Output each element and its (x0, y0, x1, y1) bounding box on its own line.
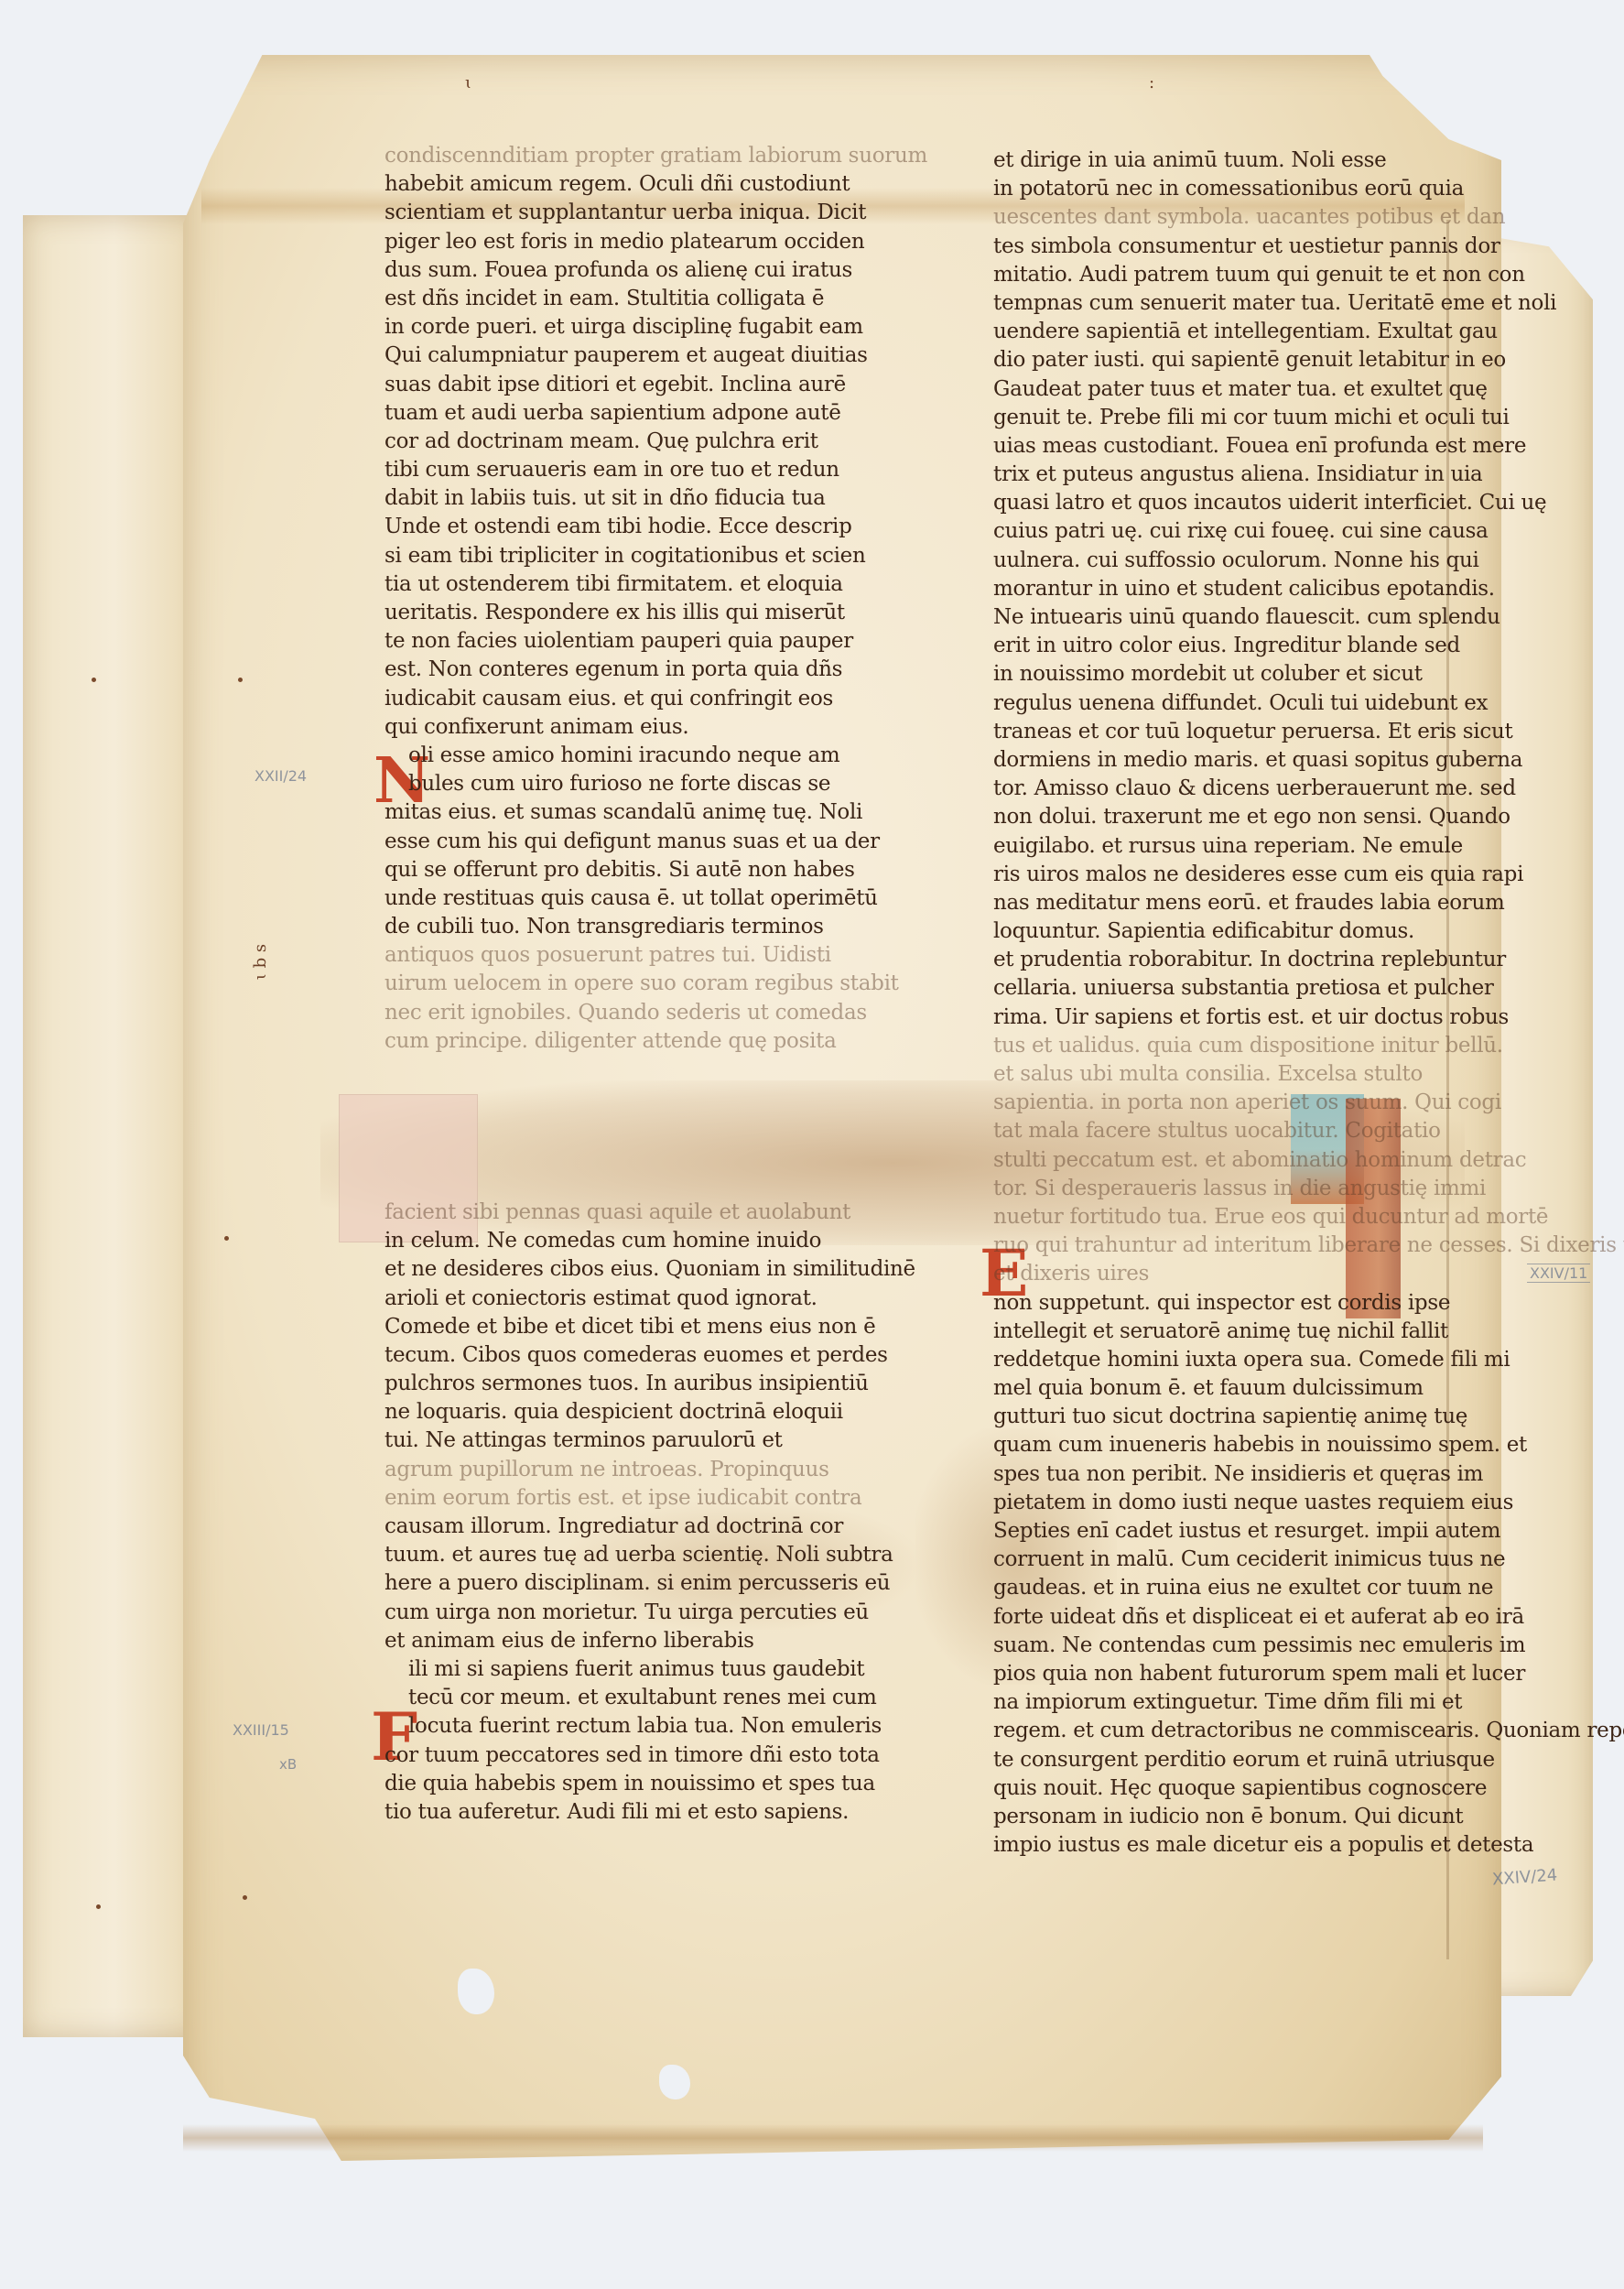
text-line: scientiam et supplantantur uerba iniqua.… (384, 199, 897, 227)
text-line: quis nouit. Hęc quoque sapientibus cogno… (993, 1774, 1543, 1803)
ink-speck (238, 678, 243, 682)
text-line: uias meas custodiant. Fouea enī profunda… (993, 432, 1543, 461)
text-line: forte uideat dñs et displiceat ei et auf… (993, 1603, 1543, 1632)
text-line: mel quia bonum ē. et fauum dulcissimum (993, 1374, 1543, 1403)
text-line: tempnas cum senuerit mater tua. Ueritatē… (993, 289, 1543, 318)
text-line: na impiorum extinguetur. Time dñm fili m… (993, 1688, 1543, 1717)
text-line: in potatorū nec in comessationibus eorū … (993, 175, 1543, 203)
text-line: dus sum. Fouea profunda os alienę cui ir… (384, 256, 897, 285)
text-line: cor ad doctrinam meam. Quę pulchra erit (384, 428, 897, 456)
text-line: tor. Si desperaueris lassus in die angus… (993, 1175, 1543, 1203)
text-line: pietatem in domo iusti neque uastes requ… (993, 1489, 1543, 1517)
margin-mark: ɩ (465, 73, 471, 92)
text-line: Qui calumpniatur pauperem et augeat diui… (384, 342, 897, 370)
text-line (384, 1084, 897, 1112)
pencil-foliation: XXIII/15 (233, 1721, 289, 1739)
text-line: regulus uenena diffundet. Oculi tui uide… (993, 689, 1543, 718)
text-line: tecū cor meum. et exultabunt renes mei c… (384, 1684, 897, 1712)
text-line: intellegit et seruatorē animę tuę nichil… (993, 1318, 1543, 1346)
text-line: habebit amicum regem. Oculi dñi custodiu… (384, 170, 897, 199)
text-line: uendere sapientiā et intellegentiam. Exu… (993, 318, 1543, 346)
ink-speck (96, 1904, 101, 1909)
text-line: nas meditatur mens eorū. et fraudes labi… (993, 889, 1543, 917)
text-line: causam illorum. Ingrediatur ad doctrinā … (384, 1513, 897, 1541)
text-column-left: condiscennditiam propter gratiam labioru… (384, 142, 897, 1827)
pencil-foliation: XXIV/11 (1527, 1264, 1590, 1283)
text-line: Comede et bibe et dicet tibi et mens eiu… (384, 1313, 897, 1341)
text-line: gaudeas. et in ruina eius ne exultet cor… (993, 1574, 1543, 1602)
text-column-right: et dirige in uia animū tuum. Noli essein… (993, 146, 1543, 1860)
text-line: gutturi tuo sicut doctrina sapientię ani… (993, 1403, 1543, 1431)
text-line: arioli et coniectoris estimat quod ignor… (384, 1285, 897, 1313)
pencil-note: xB (279, 1756, 297, 1773)
text-line: here a puero disciplinam. si enim percus… (384, 1569, 897, 1598)
pencil-foliation: XXII/24 (254, 767, 307, 785)
text-line: tat mala facere stultus uocabitur. Cogit… (993, 1117, 1543, 1145)
ink-speck (92, 678, 96, 682)
margin-mark: : (1149, 73, 1154, 92)
text-line: quasi latro et quos incautos uiderit int… (993, 489, 1543, 517)
text-line: et ne desideres cibos eius. Quoniam in s… (384, 1255, 897, 1284)
text-line: trix et puteus angustus aliena. Insidiat… (993, 461, 1543, 489)
text-line: enim eorum fortis est. et ipse iudicabit… (384, 1484, 897, 1513)
text-line: tui. Ne attingas terminos paruulorū et (384, 1427, 897, 1455)
text-line: tibi cum seruaueris eam in ore tuo et re… (384, 456, 897, 484)
text-line: personam in iudicio non ē bonum. Qui dic… (993, 1803, 1543, 1831)
text-line: locuta fuerint rectum labia tua. Non emu… (384, 1712, 897, 1741)
text-line: uescentes dant symbola. uacantes potibus… (993, 203, 1543, 232)
text-line: cor tuum peccatores sed in timore dñi es… (384, 1741, 897, 1770)
text-line: sapientia. in porta non aperiet os suum.… (993, 1089, 1543, 1117)
text-line: mitas eius. et sumas scandalū animę tuę.… (384, 798, 897, 827)
text-line: et dixeris uires (993, 1260, 1543, 1288)
text-line: in nouissimo mordebit ut coluber et sicu… (993, 660, 1543, 689)
text-line: suam. Ne contendas cum pessimis nec emul… (993, 1632, 1543, 1660)
text-line: in corde pueri. et uirga disciplinę fuga… (384, 313, 897, 342)
text-line: Gaudeat pater tuus et mater tua. et exul… (993, 375, 1543, 404)
manuscript-leaf: ɩ : ɩ b s N F E condiscennditiam propter… (0, 0, 1624, 2289)
text-line: qui confixerunt animam eius. (384, 713, 897, 742)
text-line: condiscennditiam propter gratiam labioru… (384, 142, 897, 170)
text-line: non suppetunt. qui inspector est cordis … (993, 1289, 1543, 1318)
text-line: est. Non conteres egenum in porta quia d… (384, 656, 897, 684)
text-line: regem. et cum detractoribus ne commiscea… (993, 1717, 1543, 1745)
text-line: cuius patri uę. cui rixę cui foueę. cui … (993, 517, 1543, 546)
parchment-hole (659, 2065, 690, 2099)
text-line: in celum. Ne comedas cum homine inuido (384, 1227, 897, 1255)
text-line: erit in uitro color eius. Ingreditur bla… (993, 632, 1543, 660)
text-line: antiquos quos posuerunt patres tui. Uidi… (384, 941, 897, 970)
text-line: die quia habebis spem in nouissimo et sp… (384, 1770, 897, 1798)
text-line: si eam tibi tripliciter in cogitationibu… (384, 542, 897, 570)
text-line: et animam eius de inferno liberabis (384, 1627, 897, 1655)
text-line: ne loquaris. quia despicient doctrinā el… (384, 1398, 897, 1427)
text-line: spes tua non peribit. Ne insidieris et q… (993, 1460, 1543, 1489)
text-line: et salus ubi multa consilia. Excelsa stu… (993, 1060, 1543, 1089)
left-folded-flap (23, 215, 206, 2037)
ink-speck (243, 1895, 247, 1900)
text-line: ruo qui trahuntur ad interitum liberare … (993, 1231, 1543, 1260)
text-line: tio tua auferetur. Audi fili mi et esto … (384, 1798, 897, 1827)
text-line: tia ut ostenderem tibi firmitatem. et el… (384, 570, 897, 599)
text-line: bules cum uiro furioso ne forte discas s… (384, 770, 897, 798)
text-line: uulnera. cui suffossio oculorum. Nonne h… (993, 547, 1543, 575)
text-line: genuit te. Prebe fili mi cor tuum michi … (993, 404, 1543, 432)
text-line: tuam et audi uerba sapientium adpone aut… (384, 399, 897, 428)
text-line: piger leo est foris in medio platearum o… (384, 228, 897, 256)
text-line: facient sibi pennas quasi aquile et auol… (384, 1199, 897, 1227)
text-line: oli esse amico homini iracundo neque am (384, 742, 897, 770)
text-line: uirum uelocem in opere suo coram regibus… (384, 970, 897, 998)
text-line: dabit in labiis tuis. ut sit in dño fidu… (384, 484, 897, 513)
text-line: cum uirga non morietur. Tu uirga percuti… (384, 1599, 897, 1627)
text-line: et dirige in uia animū tuum. Noli esse (993, 146, 1543, 175)
text-line: traneas et cor tuū loquetur peruersa. Et… (993, 718, 1543, 746)
text-line: tor. Amisso clauo & dicens uerberauerunt… (993, 775, 1543, 803)
text-line: quam cum inueneris habebis in nouissimo … (993, 1431, 1543, 1459)
text-line: Ne intuearis uinū quando flauescit. cum … (993, 603, 1543, 632)
text-line: suas dabit ipse ditiori et egebit. Incli… (384, 371, 897, 399)
text-line: corruent in malū. Cum ceciderit inimicus… (993, 1546, 1543, 1574)
text-line: tecum. Cibos quos comederas euomes et pe… (384, 1341, 897, 1370)
text-line: iudicabit causam eius. et qui confringit… (384, 685, 897, 713)
text-line: cum principe. diligenter attende quę pos… (384, 1027, 897, 1056)
parchment-hole (677, 2170, 692, 2188)
text-line (384, 1170, 897, 1199)
text-line: ili mi si sapiens fuerit animus tuus gau… (384, 1655, 897, 1684)
text-line: esse cum his qui defigunt manus suas et … (384, 828, 897, 856)
text-line: Septies enī cadet iustus et resurget. im… (993, 1517, 1543, 1546)
text-line: dormiens in medio maris. et quasi sopitu… (993, 746, 1543, 775)
text-line: et prudentia roborabitur. In doctrina re… (993, 946, 1543, 974)
text-line: impio iustus es male dicetur eis a popul… (993, 1831, 1543, 1860)
text-line: cellaria. uniuersa substantia pretiosa e… (993, 974, 1543, 1003)
text-line: te non facies uiolentiam pauperi quia pa… (384, 627, 897, 656)
text-line: tuum. et aures tuę ad uerba scientię. No… (384, 1541, 897, 1569)
text-line: tus et ualidus. quia cum dispositione in… (993, 1032, 1543, 1060)
text-line: tes simbola consumentur et uestietur pan… (993, 233, 1543, 261)
text-line (384, 1056, 897, 1084)
text-line: reddetque homini iuxta opera sua. Comede… (993, 1346, 1543, 1374)
parchment-hole (458, 1969, 494, 2014)
text-line (384, 1112, 897, 1141)
text-line: pulchros sermones tuos. In auribus insip… (384, 1370, 897, 1398)
text-line: euigilabo. et rursus uina reperiam. Ne e… (993, 832, 1543, 861)
text-line: agrum pupillorum ne introeas. Propinquus (384, 1456, 897, 1484)
text-line: qui se offerunt pro debitis. Si autē non… (384, 856, 897, 884)
text-line: Unde et ostendi eam tibi hodie. Ecce des… (384, 513, 897, 541)
text-line: ueritatis. Respondere ex his illis qui m… (384, 599, 897, 627)
ink-speck (224, 1236, 229, 1241)
text-line: nuetur fortitudo tua. Erue eos qui ducun… (993, 1203, 1543, 1231)
text-line: nec erit ignobiles. Quando sederis ut co… (384, 999, 897, 1027)
text-line: loquuntur. Sapientia edificabitur domus. (993, 917, 1543, 946)
text-line (384, 1142, 897, 1170)
text-line: ris uiros malos ne desideres esse cum ei… (993, 861, 1543, 889)
bottom-fold-crease (183, 2124, 1483, 2152)
text-line: est dñs incidet in eam. Stultitia collig… (384, 285, 897, 313)
text-line: unde restituas quis causa ē. ut tollat o… (384, 884, 897, 913)
text-line: dio pater iusti. qui sapientē genuit let… (993, 346, 1543, 374)
text-line: rima. Uir sapiens et fortis est. et uir … (993, 1003, 1543, 1032)
text-line: mitatio. Audi patrem tuum qui genuit te … (993, 261, 1543, 289)
text-line: de cubili tuo. Non transgrediaris termin… (384, 913, 897, 941)
text-line: non dolui. traxerunt me et ego non sensi… (993, 803, 1543, 831)
text-line: morantur in uino et student calicibus ep… (993, 575, 1543, 603)
margin-mark: ɩ b s (251, 944, 270, 980)
text-line: te consurgent perditio eorum et ruinā ut… (993, 1746, 1543, 1774)
text-line: pios quia non habent futurorum spem mali… (993, 1660, 1543, 1688)
text-line: stulti peccatum est. et abominatio homin… (993, 1146, 1543, 1175)
